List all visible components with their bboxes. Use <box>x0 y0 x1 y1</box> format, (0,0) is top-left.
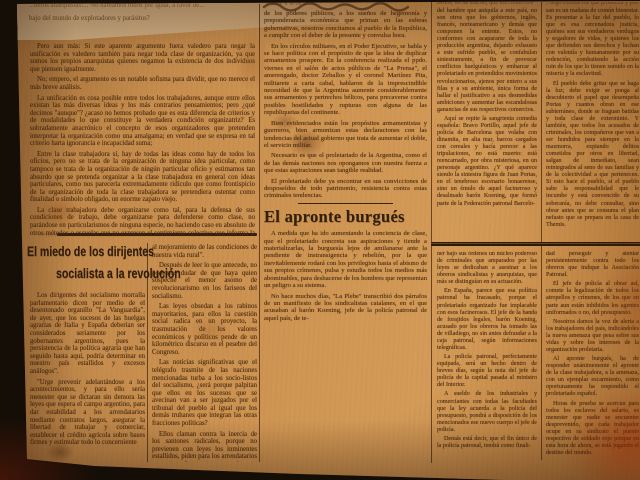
paragraph: No hace muchos días, "La Plebe" transcri… <box>264 293 427 323</box>
paragraph: El pueblo debe gritar que se haga la luz… <box>546 81 639 229</box>
paragraph: La unificación es cosa posible entre tod… <box>30 95 255 148</box>
paragraph: La clase trabajadora debe organizarse co… <box>30 207 255 235</box>
section-rule-right <box>431 242 640 246</box>
cutoff-line: llenos, no ha mucho, que los comercios <box>437 2 537 7</box>
paragraph: En España, parece que esa política patro… <box>437 288 537 351</box>
paragraph: ner bajo sus órdenes un núcleo poderoso … <box>437 251 537 286</box>
paragraph: Aquí se repite la sangrienta comedia esp… <box>437 116 537 208</box>
left-article-column-a: Los dirigentes del socialismo morralla p… <box>30 292 145 462</box>
paragraph: A medida que ha ido aumentando la concie… <box>264 230 427 289</box>
paragraph: del hambre que aniquila a este país, no … <box>437 8 537 114</box>
left-article-headline-line2: socialista a la revolución <box>56 266 181 281</box>
column-divider <box>541 2 542 460</box>
column-divider <box>259 4 260 462</box>
paragraph: de los poderes públicos, a los sueños de… <box>264 10 427 40</box>
paragraph: A sueldo de los industriales y comercian… <box>437 391 537 433</box>
paragraph: Ellos claman contra la inercia de los sa… <box>152 431 257 462</box>
column-4-top: ...arga comida los que producen y pien- … <box>546 2 639 240</box>
headline-rule <box>298 203 393 205</box>
paragraph: Entre la clase trabajadora sí, hay de to… <box>30 151 255 204</box>
paragraph: El proletariado debe ya encontrar en sus… <box>264 178 427 200</box>
paragraph: Necesario es que el proletariado de la A… <box>264 152 427 174</box>
apronte-headline: El apronte burgués <box>264 208 427 226</box>
paragraph: El jefe de policía al obrar así, comete … <box>546 281 639 316</box>
paragraph: Los dirigentes del socialismo morralla p… <box>30 292 145 376</box>
paragraph: En los círculos militares, en el Poder E… <box>264 43 427 117</box>
column-2-article: de los poderes públicos, a los sueños de… <box>264 10 427 462</box>
column-divider <box>431 2 432 463</box>
left-article-headline-line1: El miedo de los dirijentes <box>27 244 154 259</box>
scribble-stroke <box>262 0 422 12</box>
ink-smudge: Frente a la de .......... <box>262 0 422 12</box>
paragraph: Las noticias significativas que el telég… <box>152 359 257 427</box>
paragraph: No; empero, el argumento es un notable s… <box>30 76 255 91</box>
cutoff-line: ...arga comida los que producen y pien- <box>546 2 639 7</box>
paragraph: san es un mañana de común bienestar. Es … <box>546 8 639 78</box>
newspaper-page: ...deros anarquistas!... No hablamos tod… <box>0 0 640 480</box>
column-1-article: Pero aun más: Si este aparente argumento… <box>30 43 255 235</box>
paragraph: dad perseguir y atentar persistentemente… <box>546 251 639 279</box>
paragraph: Al apronte burgués, ha de responder unán… <box>546 356 639 398</box>
paragraph: Demás está decir, que el fin único de la… <box>437 436 537 450</box>
photo-background: ...deros anarquistas!... No hablamos tod… <box>0 0 640 480</box>
paragraph: La policía patronal, perfectamente equip… <box>437 354 537 389</box>
paragraph: Nosotros damos la voz de alerta a los tr… <box>546 319 639 354</box>
paragraph: "Urge prevenir adelantándose a los acont… <box>30 379 145 447</box>
column-3-top: llenos, no ha mucho, que los comercios d… <box>437 2 537 240</box>
apronte-body: A medida que ha ido aumentando la concie… <box>264 230 427 322</box>
paragraph: Pero aun más: Si este aparente argumento… <box>30 43 255 73</box>
paragraph: Bien evidenciados están los propósitos a… <box>264 120 427 150</box>
paragraph: Las leyes obsedan a los rabinos mayorita… <box>152 303 257 356</box>
column-3-bottom: ner bajo sus órdenes un núcleo poderoso … <box>437 251 537 462</box>
paragraph: Horas de prueba se acercan para todos lo… <box>546 401 639 457</box>
column-2-top: de los poderes públicos, a los sueños de… <box>264 10 427 200</box>
column-4-bottom: dad perseguir y atentar persistentemente… <box>546 251 639 462</box>
paragraph: al mejoramiento de las condiciones de nu… <box>152 244 257 259</box>
